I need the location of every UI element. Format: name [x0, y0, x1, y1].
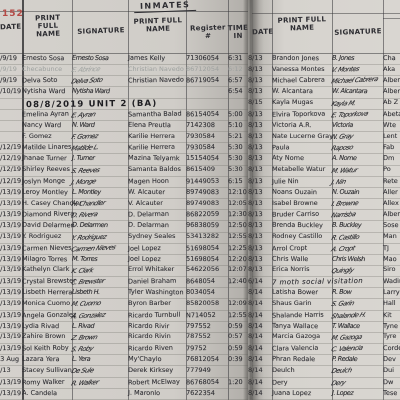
visitor-name: Lydia Rivad: [22, 321, 72, 330]
visitor-signature: D. Rivera: [70, 209, 130, 220]
visitor-signature: Carmen Nieves: [70, 242, 130, 253]
register-number: 86719054: [186, 76, 228, 85]
inmate-name: My'Chaylo: [128, 355, 186, 364]
inmate-name: Christian Navedo: [128, 65, 186, 73]
register-number: 7930584: [186, 132, 228, 140]
visitor-name: Jhanae Turner: [22, 154, 72, 163]
visitor-name: Brandon Jones: [272, 54, 332, 63]
visitor-name: Marcia Gazoga: [272, 333, 332, 341]
register-number: 79752: [186, 344, 228, 353]
visitor-name: Lisbeth Herrera: [22, 288, 72, 297]
log-row: 8/14Shalande HarrisShalande H.Kit: [252, 311, 400, 322]
visitor-name: Shaus Garin: [272, 299, 332, 307]
visitor-signature: J. Turner: [72, 154, 128, 163]
date-cell: 8/13/19: [0, 210, 22, 218]
visitor-signature: Lisbeth H.: [72, 288, 128, 297]
inmate-name: Aller: [383, 188, 400, 196]
inmate-name: TJ: [383, 243, 400, 251]
inmate-name: Alber: [383, 87, 400, 95]
date-cell: 8/13/19: [0, 221, 22, 229]
visitor-name: H. Casey Chandler: [22, 199, 72, 207]
visitor-signature: C. Brewster: [70, 276, 130, 287]
visitor-signature: Z. Brown: [70, 332, 129, 342]
log-row: 8/12/19Matilde LinaresMatilde L.Karilie …: [0, 143, 248, 154]
visitor-signature: Dery: [330, 376, 385, 387]
inmate-name: Byron Barber: [128, 299, 186, 307]
register-number: 76812054: [186, 355, 228, 363]
left-page-rows: 8/9/19Ernesto SosaErnesto SosaJames Kell…: [0, 53, 248, 400]
visitor-signature: E. Toporkova: [330, 108, 385, 119]
date-cell: 8/9/19: [0, 76, 22, 84]
inmate-name: Alber: [383, 76, 400, 84]
date-cell: 8/13/19: [0, 266, 22, 274]
visitor-name: Tanya Wallace: [272, 321, 332, 330]
visitor-name: Lazara Yera: [22, 355, 72, 364]
register-number: 89749083: [186, 199, 228, 207]
visitor-name: Milagro Torres: [22, 255, 72, 264]
log-row: 8/14Clara ValenciaC. ValenciaCorde: [252, 344, 400, 355]
register-number: 85820058: [186, 299, 228, 307]
log-row: 8/13/19Crystal BrewsterC. BrewsterDaniel…: [0, 277, 248, 288]
visitor-name: Phran Redale: [272, 355, 332, 364]
date-cell: 8/13/19: [0, 389, 22, 397]
inmate-name: Tyne: [383, 322, 400, 330]
register-number: 7142308: [186, 121, 228, 129]
visitor-signature: N. Gray: [330, 131, 384, 141]
inmate-name: Alber: [383, 210, 400, 218]
visitor-signature: J. Monge: [70, 175, 130, 186]
visitor-signature: Matilde L.: [70, 142, 130, 153]
log-row: 8/10/19Nytisha WardNytisha Ward6:54: [0, 87, 248, 98]
visitor-signature: Kayla M.: [330, 98, 384, 108]
inmate-name: Ricardo Riven: [128, 344, 186, 353]
column-header-register: Register #: [189, 23, 228, 40]
visitor-signature: E. Ayran: [70, 108, 130, 119]
visitor-name: Arrol Cropt: [272, 243, 332, 252]
visitor-signature: Victoria: [332, 121, 383, 130]
visitor-name: Kayla Mugas: [272, 99, 332, 107]
visitor-signature: I. Browne: [330, 198, 384, 208]
visitor-name: Rodney Castillo: [272, 233, 332, 241]
date-cell: 8/9/19: [0, 65, 22, 73]
top-rule-line: [252, 13, 400, 14]
visitor-signature: J. Nin: [330, 175, 385, 186]
visitor-signature: [72, 388, 128, 389]
inmate-name: Ab Z: [383, 99, 400, 107]
inmate-name: Errol Whitaker: [128, 266, 186, 274]
visitor-signature: P. Redale: [332, 355, 383, 364]
inmate-name: Mao: [383, 255, 400, 263]
right-page-rows: 8/13Brandon JonesB. JonesCha8/13Vanessa …: [252, 53, 400, 400]
inmate-name: Lent: [383, 132, 400, 140]
visitor-signature: V. Montes: [330, 64, 384, 74]
visitor-name: Leroy Montley: [22, 188, 72, 197]
inmate-name: James Kelly: [128, 54, 186, 63]
visitor-name: Dery: [272, 377, 332, 386]
inmate-name: Sydney Seales: [128, 233, 186, 241]
inmate-name: Wadin: [383, 277, 400, 285]
inmate-name: Elena Preutla: [128, 121, 186, 130]
inmate-name: Hall: [383, 299, 400, 307]
column-header-visitor-name: PRINT FULL NAME: [26, 13, 71, 39]
date-cell: 8/13/19: [0, 288, 22, 296]
visitor-signature: B. Jones: [332, 54, 383, 63]
register-number: 777949: [186, 366, 228, 374]
inmate-name: Samanta Baldos: [128, 166, 186, 174]
date-cell: 8/13/19: [0, 333, 22, 341]
register-number: 7930584: [186, 143, 228, 152]
inmate-name: Dui: [383, 366, 400, 374]
visitor-name: Shirley Reeves: [22, 166, 72, 174]
register-number: 53413282: [186, 233, 228, 241]
visitor-name: Latisha Bower: [272, 288, 332, 297]
visitor-name: Noans Ouzain: [272, 188, 332, 197]
register-number: 51698054: [186, 243, 228, 252]
inmates-bracket-line: [383, 18, 400, 19]
log-row: 8/13/19Sol Keith RobyS. RobyRicardo Rive…: [0, 344, 248, 355]
date-cell: 13 Aug: [0, 355, 22, 363]
visitor-name: Nytisha Ward: [22, 87, 72, 96]
visitor-name: Matilde Linares: [22, 143, 72, 152]
inmate-name: Mazina Telyamk: [128, 154, 186, 163]
visitor-name: Erica Norris: [272, 266, 332, 274]
visitor-signature: A. Nome: [332, 154, 383, 163]
inmate-name: Tyre: [383, 333, 400, 341]
log-row: 8/13Arrol CroptA. CroptTJ: [252, 244, 400, 255]
visitor-signature: B. Buckley: [332, 221, 383, 230]
visitor-name: Isabel Browne: [272, 199, 332, 207]
log-row: 8/13Chris WalleChris WelshMao: [252, 255, 400, 266]
inmate-name: Dev: [383, 355, 400, 363]
visitor-name: Nate Lucerne Gray: [272, 132, 332, 140]
date-cell: 8/9/19: [0, 54, 22, 62]
inmate-name: Daniel Braham: [128, 277, 186, 286]
register-number: 86822059: [186, 210, 228, 219]
date-cell: 8/13/19: [0, 255, 22, 263]
date-cell: 8/13/19: [0, 233, 22, 241]
inmate-name: Allex: [383, 199, 400, 207]
visitor-signature: R. Walker: [70, 376, 130, 387]
page-number-stamp: 152: [2, 9, 24, 19]
column-header-visitor-name: PRINT FULL NAME: [276, 15, 329, 33]
visitor-signature: J. Lopez: [332, 388, 383, 397]
log-row: 8/12/19Joslyn MongeJ. MongeMagen Hoon914…: [0, 177, 248, 188]
visitor-name: Paula: [272, 143, 332, 152]
date-cell: 8/13/19: [0, 277, 22, 285]
log-row: 8/13Julie NinJ. NinRete: [252, 177, 400, 188]
register-number: 71306054: [186, 54, 228, 62]
visitor-signature: S. Reeves: [70, 165, 129, 175]
visitor-name: Carmen Nieves: [22, 243, 72, 252]
visitor-signature: E. Abrince: [70, 64, 129, 74]
log-row: 8/13/19Carmen NievesCarmen NievesJoel Lo…: [0, 244, 248, 255]
register-number: 787552: [186, 333, 228, 341]
visitor-name: Vanessa Montes: [272, 65, 332, 73]
register-number: 86768054: [186, 377, 228, 386]
visitor-signature: M. Torres: [72, 254, 128, 263]
inmate-name: Joel Lopez: [128, 254, 186, 263]
visitor-signature: D. Delarmen: [72, 221, 128, 230]
inmate-name: Karilie Herrera: [128, 132, 186, 140]
visitor-name: Kathelyn Clark: [22, 266, 72, 274]
log-row: 8/13W. AlcantaraW. AlcantaraAlber: [252, 87, 400, 98]
visitor-name: David Delarmen: [22, 221, 72, 230]
date-cell: [0, 121, 22, 122]
right-page: DATE PRINT FULL NAME SIGNATURE 8/13Brand…: [252, 0, 400, 400]
inmate-name: Magen Hoon: [128, 176, 186, 185]
inmate-name: Ricardo Turnbull: [128, 310, 186, 319]
visitor-signature: M. Gazoga: [330, 332, 384, 342]
column-header-date: DATE: [0, 23, 21, 32]
date-cell: 8/13: [0, 366, 22, 374]
visitor-signature: A. Gonzalez: [70, 309, 130, 320]
visitor-signature: T. Wallace: [332, 321, 383, 330]
inmate-name: Abeta: [383, 110, 400, 118]
visitor-name: Sol Keith Roby: [22, 344, 72, 353]
visitor-signature: De Sule: [70, 365, 129, 375]
logbook-scan: 152 DATE PRINT FULL NAME SIGNATURE INMAT…: [0, 0, 400, 400]
register-number: 797552: [186, 321, 228, 329]
inmate-name: W. Alcauter: [128, 188, 186, 197]
visitor-name: Romy Walker: [22, 377, 72, 386]
inmate-name: Tese: [383, 389, 400, 397]
visitor-name: Ernesto Sosa: [22, 54, 72, 63]
visitor-signature: L. Rivad: [72, 321, 128, 330]
visitor-name: Delva Soto: [22, 76, 72, 85]
date-cell: 8/13/19: [0, 344, 22, 352]
visitor-name: Bruder Carriso: [272, 210, 332, 219]
log-row: 8/13/19Romy WalkerR. WalkerRobert McElwa…: [0, 378, 248, 389]
visitor-signature: A. Cropt: [330, 242, 385, 253]
log-row: 8/13/19Diamond RiveraD. RiveraD. Delarma…: [0, 210, 248, 221]
visitor-name: Diamond Rivera: [22, 210, 72, 219]
visitor-name: Aty Nome: [272, 154, 332, 163]
inmate-name: [128, 87, 186, 88]
register-number: [186, 87, 228, 88]
log-row: 8/14Juana LopezJ. LopezTese: [252, 389, 400, 400]
visitor-signature: Narrisba: [330, 209, 385, 220]
log-row: 6/147 moth social visitationWadin: [252, 277, 400, 288]
visitor-signature: Michael Cabrera: [330, 75, 385, 86]
page-gutter: [243, 0, 259, 400]
inmate-name: Wte: [383, 121, 400, 129]
inmate-name: Corde: [383, 344, 400, 352]
visitor-signature: Y. Rodriguez: [70, 232, 129, 242]
date-cell: 8/12/19: [0, 166, 22, 174]
register-number: 86712054: [186, 65, 228, 73]
visitor-name: 7 moth social visitation: [272, 277, 332, 287]
register-number: 8034054: [186, 288, 228, 296]
date-cell: 8/10/19: [0, 87, 22, 95]
visitor-signature: C. Valencia: [330, 343, 385, 354]
inmate-name: Cha: [383, 54, 400, 62]
register-number: 91449053: [186, 176, 228, 185]
visitor-name: Joslyn Monge: [22, 176, 72, 185]
inmate-name: Larry: [383, 288, 400, 296]
register-number: 8615409: [186, 166, 228, 174]
inmate-name: Joel Lopez: [128, 243, 186, 252]
log-row: 8/13Rodney CastilloR. CastilloMan: [252, 233, 400, 244]
date-cell: 8/13/19: [0, 243, 22, 251]
register-number: 7622354: [186, 388, 228, 396]
inmate-name: Ricardo Rivir: [128, 321, 186, 330]
visitor-signature: Delva Soto: [70, 75, 130, 86]
log-row: 8/14DeulchDeulchDui: [252, 366, 400, 377]
visitor-name: Michael Cabrera: [272, 76, 332, 85]
visitor-name: Zahire Brown: [22, 333, 72, 341]
inmate-name: Christian Navedo: [128, 76, 186, 85]
date-cell: [0, 110, 22, 111]
visitor-signature: Deulch: [330, 365, 384, 375]
inmate-name: Samantha Balad: [128, 109, 186, 118]
visitor-signature: M. Watur: [330, 165, 384, 175]
visitor-signature: R. Bow: [332, 288, 383, 297]
log-row: 8/13/19David DelarmenD. DelarmenD. Delar…: [0, 221, 248, 232]
visitor-name: Brenda Buckley: [272, 221, 332, 230]
visitor-name: Elvira Toporkova: [272, 109, 332, 118]
date-cell: 8/13/19: [0, 322, 22, 330]
visitor-signature: M. Cuomo: [70, 298, 129, 308]
inmate-name: Rete: [383, 177, 400, 185]
inmate-name: Dm: [383, 154, 400, 162]
inmate-name: Kit: [383, 310, 400, 318]
visitor-name: Monica Cuomo: [22, 299, 72, 307]
inmate-name: Aka: [383, 65, 400, 73]
visitor-signature: S. Roby: [70, 343, 130, 354]
visitor-name: Juana Lopez: [272, 388, 332, 397]
register-number: 15154054: [186, 154, 228, 162]
visitor-signature: L. Yera: [72, 355, 128, 364]
visitor-name: Angela Gonzalez: [22, 310, 72, 319]
log-row: 8/13Aty NomeA. NomeDm: [252, 154, 400, 165]
inmate-name: D. Delarman: [128, 210, 186, 219]
log-row: 8/13Bruder CarrisoNarrisbaAlber: [252, 210, 400, 221]
column-header-inmates: INMATES: [134, 0, 197, 13]
visitor-signature: Quingly: [330, 265, 384, 275]
log-row: 8/14Tanya WallaceT. WallaceTyne: [252, 322, 400, 333]
visitor-name: Deulch: [272, 366, 332, 374]
inmate-name: Man: [383, 233, 400, 241]
visitor-signature: F. Gomez: [70, 131, 129, 141]
log-row: 8/9/19Delva SotoDelva SotoChristian Nave…: [0, 76, 248, 87]
log-row: 8/14Shaus GarinS. GarinHall: [252, 299, 400, 310]
visitor-name: Emelina Ayran: [22, 109, 72, 118]
register-number: N714052: [186, 310, 228, 319]
visitor-signature: N. Ouzain: [332, 188, 383, 197]
visitor-signature: Nytisha Ward: [72, 87, 128, 96]
log-row: 8/13/19A. CandelaJ. Maronlo7622354: [0, 389, 248, 400]
date-cell: 8/12/19: [0, 154, 22, 162]
column-header-signature: SIGNATURE: [76, 26, 126, 36]
register-number: 89749083: [186, 188, 228, 196]
inmate-name: Dw: [383, 377, 400, 385]
visitor-name: Nancy Ward: [22, 121, 72, 130]
date-cell: 8/13/19: [0, 310, 22, 318]
register-number: 51698054: [186, 255, 228, 263]
visitor-name: F. Gomez: [22, 132, 72, 140]
visitor-signature: L. Montley: [72, 188, 128, 197]
visitor-signature: R. Castillo: [330, 232, 384, 242]
inmate-name: Karilie Herrera: [128, 143, 186, 152]
inmate-name: Siro: [383, 266, 400, 274]
visitor-name: W. Alcantara: [272, 87, 332, 96]
visitor-name: Clara Valencia: [272, 343, 332, 352]
visitor-name: Metabelle Watur: [272, 166, 332, 174]
visitor-name: Shalande Harris: [272, 310, 332, 319]
visitor-name: A. Candela: [22, 388, 72, 397]
date-cell: [0, 132, 22, 133]
log-row: 8/13Elvira ToporkovaE. ToporkovaAbeta: [252, 110, 400, 121]
unit-divider-note: 08/8/2019 UNIT 2 (BA): [0, 97, 274, 110]
visitor-signature: H. Chandler: [70, 198, 129, 208]
date-cell: 8/13/19: [0, 199, 22, 207]
log-row: 8/13/19Angela GonzalezA. GonzalezRicardo…: [0, 311, 248, 322]
visitor-name: Checabunce: [22, 65, 72, 73]
log-row: 8/13Brenda BuckleyB. BuckleySose: [252, 221, 400, 232]
top-rule-line: [0, 11, 248, 12]
visitor-name: Chris Walle: [272, 254, 332, 263]
left-page: 152 DATE PRINT FULL NAME SIGNATURE INMAT…: [0, 0, 248, 400]
visitor-signature: N. Ward: [72, 121, 128, 130]
column-header-inmate-name: PRINT FULL NAME: [133, 16, 184, 34]
visitor-signature: W. Alcantara: [332, 87, 383, 96]
visitor-signature: Raposo: [330, 142, 385, 153]
column-header-signature: SIGNATURE: [334, 27, 382, 37]
visitor-signature: K. Clark: [70, 265, 129, 275]
inmate-name: Fab: [383, 143, 400, 151]
log-row: Emelina AyranE. AyranSamantha Balad86154…: [0, 110, 248, 121]
visitor-signature: S. Garin: [330, 299, 384, 309]
inmate-name: Tyler Washington: [128, 288, 186, 297]
visitor-signature: Shalande H.: [330, 309, 385, 320]
inmate-name: J. Maronlo: [128, 388, 186, 397]
visitor-name: Crystal Brewster: [22, 277, 72, 286]
visitor-signature: Ernesto Sosa: [72, 54, 128, 63]
inmate-name: D. Delarman: [128, 221, 186, 230]
date-cell: 8/13/19: [0, 299, 22, 307]
visitor-name: Y. Rodriguez: [22, 233, 72, 241]
visitor-name: Victoria A.R.: [272, 121, 332, 130]
inmate-name: Sose: [383, 221, 400, 229]
date-cell: 8/13/19: [0, 188, 22, 196]
visitor-name: Stacey Sullivan: [22, 366, 72, 374]
visitor-name: Julie Nin: [272, 176, 332, 185]
date-cell: 8/12/19: [0, 143, 22, 151]
inmate-name: Derek Kirksey: [128, 366, 186, 374]
date-cell: 8/13/19: [0, 377, 22, 385]
inmate-name: Ricardo Rivin: [128, 333, 186, 341]
inmate-name: Robert McElway: [128, 377, 186, 386]
log-row: 8/12/19Jhanae TurnerJ. TurnerMazina Tely…: [0, 154, 248, 165]
visitor-signature: Chris Welsh: [332, 255, 383, 264]
register-number: 54622056: [186, 266, 228, 274]
register-number: 8648054: [186, 277, 228, 286]
inmate-name: Po: [383, 166, 400, 174]
inmate-name: V. Alcauter: [128, 199, 186, 207]
date-cell: 8/12/19: [0, 177, 22, 185]
log-row: 8/14DeryDeryDw: [252, 378, 400, 389]
register-number: 96838059: [186, 221, 228, 229]
register-number: 86154054: [186, 109, 228, 118]
